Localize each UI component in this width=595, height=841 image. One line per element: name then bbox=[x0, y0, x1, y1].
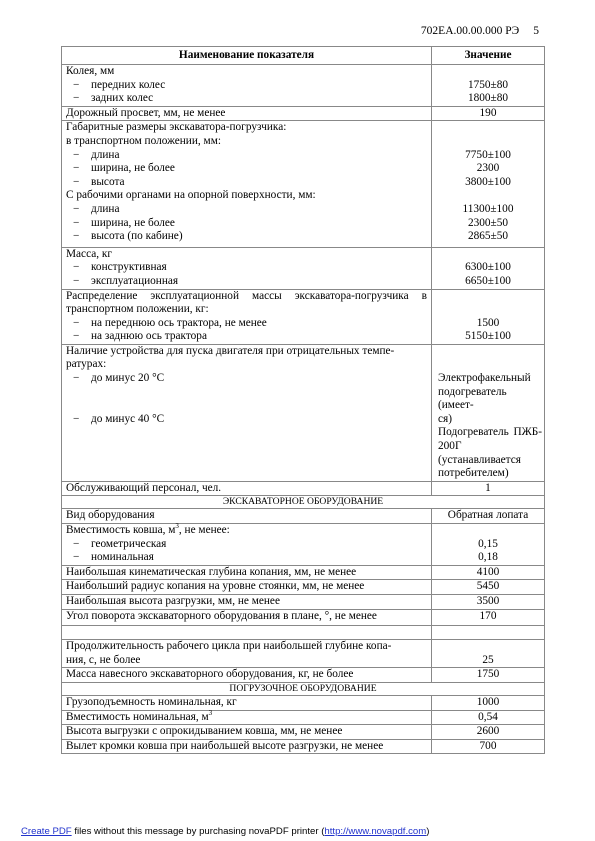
footer-text: files without this message by purchasing… bbox=[72, 826, 325, 837]
row-label: Дорожный просвет, мм, не менее bbox=[62, 106, 432, 121]
row-value: 3500 bbox=[432, 594, 545, 609]
table-row: Обслуживающий персонал, чел. 1 bbox=[62, 481, 545, 496]
table-header-row: Наименование показателя Значение bbox=[62, 47, 545, 65]
row-label: Распределение эксплуатационной массы экс… bbox=[62, 289, 432, 344]
table-row: Вместимость ковша, м3, не менее: −геомет… bbox=[62, 524, 545, 566]
row-value: 1750 bbox=[432, 668, 545, 683]
table-row: Высота выгрузки с опрокидыванием ковша, … bbox=[62, 725, 545, 740]
row-value: 0,54 bbox=[432, 710, 545, 725]
row-label: Угол поворота экскаваторного оборудовани… bbox=[62, 609, 432, 626]
table-row: Вид оборудования Обратная лопата bbox=[62, 509, 545, 524]
table-row: Наличие устройства для пуска двигателя п… bbox=[62, 344, 545, 481]
row-value: Электрофакельный подогреватель (имеет- с… bbox=[432, 344, 545, 481]
row-label: Вместимость номинальная, м3 bbox=[62, 710, 432, 725]
table-row: Наибольший радиус копания на уровне стоя… bbox=[62, 580, 545, 595]
column-header-parameter: Наименование показателя bbox=[62, 47, 432, 65]
row-label: Колея, мм −передних колес −задних колес bbox=[62, 65, 432, 107]
row-label: Масса, кг −конструктивная −эксплуатацион… bbox=[62, 247, 432, 289]
row-value: 7750±100 2300 3800±100 11300±100 2300±50… bbox=[432, 121, 545, 247]
row-label: Наибольшая кинематическая глубина копани… bbox=[62, 565, 432, 580]
row-value: 170 bbox=[432, 609, 545, 626]
row-value: 1000 bbox=[432, 695, 545, 710]
table-row: Вместимость номинальная, м3 0,54 bbox=[62, 710, 545, 725]
section-header-loader: ПОГРУЗОЧНОЕ ОБОРУДОВАНИЕ bbox=[62, 682, 545, 695]
table-row: Распределение эксплуатационной массы экс… bbox=[62, 289, 545, 344]
table-row: Наибольшая кинематическая глубина копани… bbox=[62, 565, 545, 580]
row-value: 6300±100 6650±100 bbox=[432, 247, 545, 289]
create-pdf-link[interactable]: Create PDF bbox=[21, 826, 72, 837]
row-value: 0,15 0,18 bbox=[432, 524, 545, 566]
row-value: 5450 bbox=[432, 580, 545, 595]
row-label: Наибольший радиус копания на уровне стоя… bbox=[62, 580, 432, 595]
document-code: 702ЕА.00.00.000 РЭ bbox=[421, 25, 519, 37]
row-value: Обратная лопата bbox=[432, 509, 545, 524]
row-value: 1500 5150±100 bbox=[432, 289, 545, 344]
table-row: Продолжительность рабочего цикла при наи… bbox=[62, 640, 545, 668]
row-label: Габаритные размеры экскаватора-погрузчик… bbox=[62, 121, 432, 247]
row-value: 25 bbox=[432, 640, 545, 668]
row-label: Высота выгрузки с опрокидыванием ковша, … bbox=[62, 725, 432, 740]
pdf-watermark-footer: Create PDF files without this message by… bbox=[21, 826, 429, 837]
table-row: Габаритные размеры экскаватора-погрузчик… bbox=[62, 121, 545, 247]
row-label: Обслуживающий персонал, чел. bbox=[62, 481, 432, 496]
row-label: Продолжительность рабочего цикла при наи… bbox=[62, 640, 432, 668]
table-row: Дорожный просвет, мм, не менее 190 bbox=[62, 106, 545, 121]
row-value: 700 bbox=[432, 739, 545, 754]
table-row: Наибольшая высота разгрузки, мм, не мене… bbox=[62, 594, 545, 609]
table-row: Угол поворота экскаваторного оборудовани… bbox=[62, 609, 545, 626]
table-row: Масса, кг −конструктивная −эксплуатацион… bbox=[62, 247, 545, 289]
row-value: 4100 bbox=[432, 565, 545, 580]
row-label: Наличие устройства для пуска двигателя п… bbox=[62, 344, 432, 481]
specifications-table: Наименование показателя Значение Колея, … bbox=[61, 46, 545, 754]
row-value: 1 bbox=[432, 481, 545, 496]
row-value: 190 bbox=[432, 106, 545, 121]
table-row: Колея, мм −передних колес −задних колес … bbox=[62, 65, 545, 107]
table-row: Вылет кромки ковша при наибольшей высоте… bbox=[62, 739, 545, 754]
row-label: Вид оборудования bbox=[62, 509, 432, 524]
row-value: 1750±80 1800±80 bbox=[432, 65, 545, 107]
novapdf-link[interactable]: http://www.novapdf.com bbox=[324, 826, 426, 837]
row-label: Вылет кромки ковша при наибольшей высоте… bbox=[62, 739, 432, 754]
table-row: Масса навесного экскаваторного оборудова… bbox=[62, 668, 545, 683]
table-row: Грузоподъемность номинальная, кг 1000 bbox=[62, 695, 545, 710]
section-header-excavator: ЭКСКАВАТОРНОЕ ОБОРУДОВАНИЕ bbox=[62, 496, 545, 509]
row-label: Грузоподъемность номинальная, кг bbox=[62, 695, 432, 710]
row-label: Вместимость ковша, м3, не менее: −геомет… bbox=[62, 524, 432, 566]
row-label: Наибольшая высота разгрузки, мм, не мене… bbox=[62, 594, 432, 609]
row-value: 2600 bbox=[432, 725, 545, 740]
page-header: 702ЕА.00.00.000 РЭ5 bbox=[421, 25, 539, 37]
column-header-value: Значение bbox=[432, 47, 545, 65]
empty-row bbox=[62, 626, 545, 640]
row-label: Масса навесного экскаваторного оборудова… bbox=[62, 668, 432, 683]
page-number: 5 bbox=[533, 25, 539, 37]
